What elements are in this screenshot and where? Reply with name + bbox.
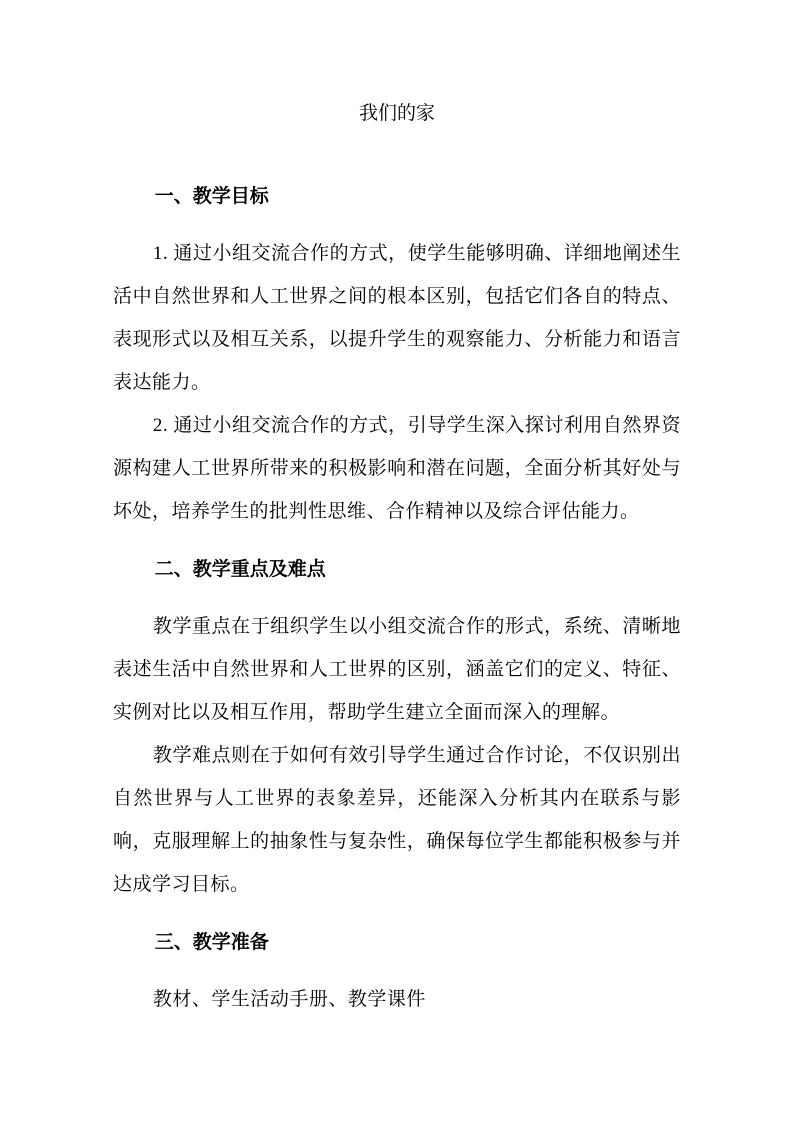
paragraph-difficulties: 教学难点则在于如何有效引导学生通过合作讨论，不仅识别出自然世界与人工世界的表象差… <box>113 734 681 906</box>
document-page: 我们的家 一、教学目标 1. 通过小组交流合作的方式，使学生能够明确、详细地阐述… <box>0 0 794 1123</box>
section-heading-teaching-preparation: 三、教学准备 <box>113 921 681 964</box>
paragraph-preparation-materials: 教材、学生活动手册、教学课件 <box>113 978 681 1021</box>
section-heading-key-points-difficulties: 二、教学重点及难点 <box>113 548 681 591</box>
document-title: 我们的家 <box>113 92 681 135</box>
section-heading-teaching-objectives: 一、教学目标 <box>113 175 681 218</box>
paragraph-objective-1: 1. 通过小组交流合作的方式，使学生能够明确、详细地阐述生活中自然世界和人工世界… <box>113 232 681 404</box>
document-content: 我们的家 一、教学目标 1. 通过小组交流合作的方式，使学生能够明确、详细地阐述… <box>0 0 794 1021</box>
paragraph-objective-2: 2. 通过小组交流合作的方式，引导学生深入探讨利用自然界资源构建人工世界所带来的… <box>113 404 681 533</box>
paragraph-key-points: 教学重点在于组织学生以小组交流合作的形式，系统、清晰地表述生活中自然世界和人工世… <box>113 605 681 734</box>
